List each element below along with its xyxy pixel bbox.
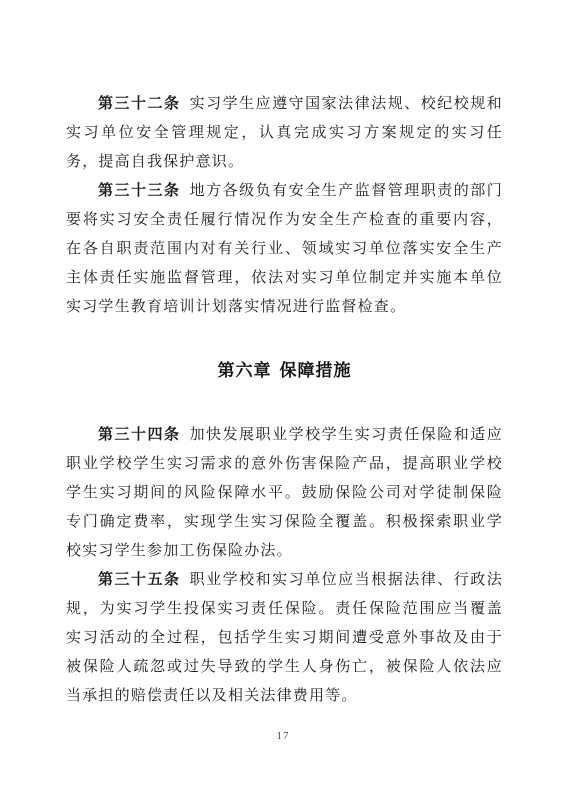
article-34-number: 第三十四条: [98, 427, 181, 443]
document-page: 第三十二条实习学生应遵守国家法律法规、校纪校规和实习单位安全管理规定，认真完成实…: [0, 0, 566, 800]
article-34-text: 加快发展职业学校学生实习责任保险和适应职业学校学生实习需求的意外伤害保险产品，提…: [66, 427, 503, 559]
chapter-number: 第六章: [218, 361, 272, 380]
page-number: 17: [0, 730, 566, 742]
article-34-paragraph: 第三十四条加快发展职业学校学生实习责任保险和适应职业学校学生实习需求的意外伤害保…: [66, 421, 503, 566]
article-32-paragraph: 第三十二条实习学生应遵守国家法律法规、校纪校规和实习单位安全管理规定，认真完成实…: [66, 90, 503, 177]
chapter-title: 保障措施: [280, 361, 352, 380]
article-33-paragraph: 第三十三条地方各级负有安全生产监督管理职责的部门要将实习安全责任履行情况作为安全…: [66, 177, 503, 322]
article-33-number: 第三十三条: [98, 183, 181, 199]
article-35-paragraph: 第三十五条职业学校和实习单位应当根据法律、行政法规，为实习学生投保实习责任保险。…: [66, 566, 503, 711]
article-35-text: 职业学校和实习单位应当根据法律、行政法规，为实习学生投保实习责任保险。责任保险范…: [66, 572, 503, 704]
article-33-text: 地方各级负有安全生产监督管理职责的部门要将实习安全责任履行情况作为安全生产检查的…: [66, 183, 503, 315]
chapter-heading: 第六章保障措施: [66, 356, 503, 385]
article-32-number: 第三十二条: [98, 96, 181, 112]
article-35-number: 第三十五条: [98, 572, 181, 588]
